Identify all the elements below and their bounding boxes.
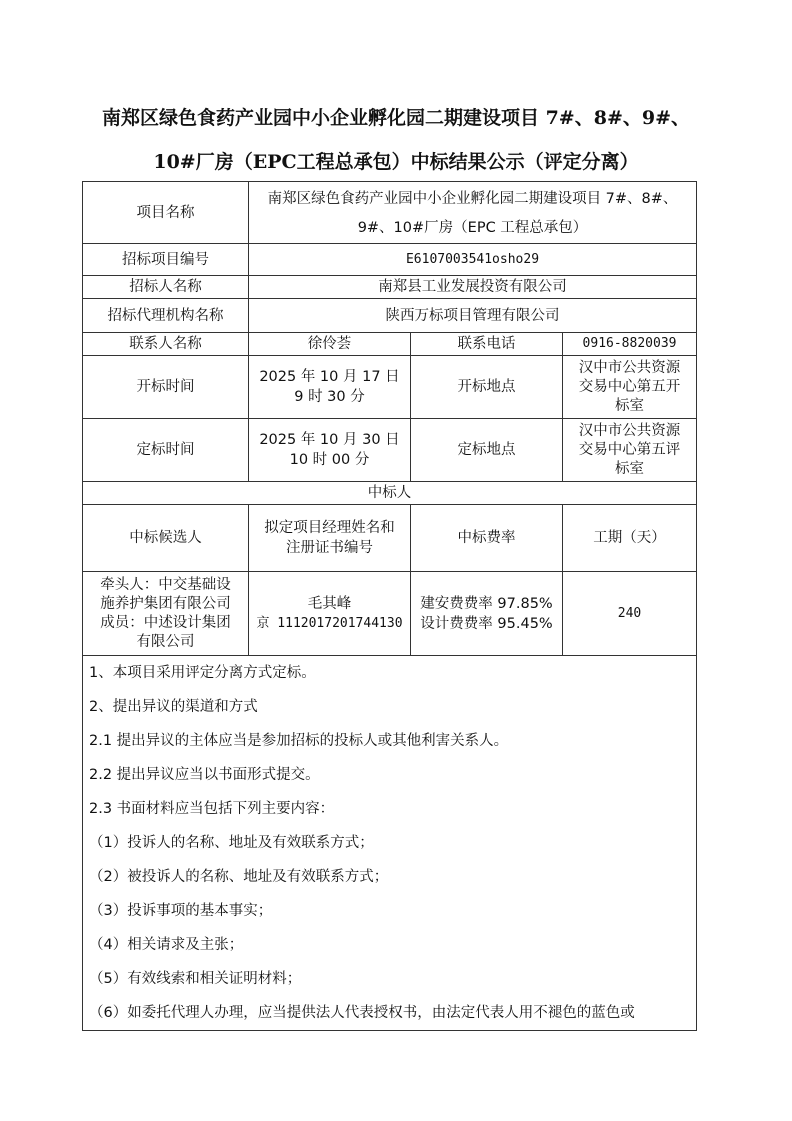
open-place-value: 汉中市公共资源 交易中心第五开 标室 [563,356,697,419]
header-manager-line-1: 拟定项目经理姓名和 [251,518,408,538]
decide-time-hour: 10 时 00 分 [251,450,408,470]
open-time-hour: 9 时 30 分 [251,387,408,407]
row-agency: 招标代理机构名称 陕西万标项目管理有限公司 [83,299,697,333]
candidate-line: 施养护集团有限公司 [85,595,246,614]
note-line: （1）投诉人的名称、地址及有效联系方式； [89,826,696,860]
document-title-line-2: 10#厂房（EPC工程总承包）中标结果公示（评定分离） [0,147,792,174]
tender-no-value: E6107003541osho29 [249,244,697,276]
note-line: （2）被投诉人的名称、地址及有效联系方式； [89,860,696,894]
note-line: （3）投诉事项的基本事实； [89,894,696,928]
document-title-line-1: 南郑区绿色食药产业园中小企业孵化园二期建设项目 7#、8#、9#、 [0,103,792,130]
contact-value: 徐伶荟 [249,333,411,356]
tenderer-label: 招标人名称 [83,276,249,299]
header-duration: 工期（天） [563,505,697,572]
candidate-line: 成员：中述设计集团 [85,614,246,633]
project-name-value: 南郑区绿色食药产业园中小企业孵化园二期建设项目 7#、8#、 9#、10#厂房（… [249,182,697,244]
decide-place-label: 定标地点 [411,419,563,482]
header-manager-line-2: 注册证书编号 [251,538,408,558]
rate-design: 设计费费率 95.45% [413,614,560,634]
open-time-date: 2025 年 10 月 17 日 [251,367,408,387]
winner-candidate: 牵头人：中交基础设 施养护集团有限公司 成员：中述设计集团 有限公司 [83,572,249,656]
header-rate: 中标费率 [411,505,563,572]
winner-manager: 毛其峰 京 1112017201744130 [249,572,411,656]
manager-cert-no: 京 1112017201744130 [251,614,408,634]
rate-construction: 建安费费率 97.85% [413,594,560,614]
note-line: 1、本项目采用评定分离方式定标。 [89,656,696,690]
note-line: 2.2 提出异议应当以书面形式提交。 [89,758,696,792]
row-winner-headers: 中标候选人 拟定项目经理姓名和 注册证书编号 中标费率 工期（天） [83,505,697,572]
manager-name: 毛其峰 [251,594,408,614]
open-time-label: 开标时间 [83,356,249,419]
open-place-label: 开标地点 [411,356,563,419]
decide-place-line: 交易中心第五评 [565,441,694,460]
decide-place-value: 汉中市公共资源 交易中心第五评 标室 [563,419,697,482]
row-tender-no: 招标项目编号 E6107003541osho29 [83,244,697,276]
phone-label: 联系电话 [411,333,563,356]
note-line: （5）有效线索和相关证明材料； [89,962,696,996]
row-winner: 牵头人：中交基础设 施养护集团有限公司 成员：中述设计集团 有限公司 毛其峰 京… [83,572,697,656]
note-line: （4）相关请求及主张； [89,928,696,962]
header-candidate: 中标候选人 [83,505,249,572]
candidate-line: 牵头人：中交基础设 [85,576,246,595]
row-project-name: 项目名称 南郑区绿色食药产业园中小企业孵化园二期建设项目 7#、8#、 9#、1… [83,182,697,244]
project-name-line-2: 9#、10#厂房（EPC 工程总承包） [251,214,694,242]
agency-label: 招标代理机构名称 [83,299,249,333]
note-line: 2.1 提出异议的主体应当是参加招标的投标人或其他利害关系人。 [89,724,696,758]
decide-time-date: 2025 年 10 月 30 日 [251,430,408,450]
phone-value: 0916-8820039 [563,333,697,356]
note-line: （6）如委托代理人办理，应当提供法人代表授权书，由法定代表人用不褪色的蓝色或 [89,996,696,1030]
project-name-label: 项目名称 [83,182,249,244]
note-line: 2、提出异议的渠道和方式 [89,690,696,724]
header-manager: 拟定项目经理姓名和 注册证书编号 [249,505,411,572]
open-place-line: 标室 [565,397,694,416]
winner-duration: 240 [563,572,697,656]
row-open-time: 开标时间 2025 年 10 月 17 日 9 时 30 分 开标地点 汉中市公… [83,356,697,419]
winner-section-label: 中标人 [83,482,697,505]
decide-place-line: 标室 [565,460,694,479]
row-contact: 联系人名称 徐伶荟 联系电话 0916-8820039 [83,333,697,356]
row-notes: 1、本项目采用评定分离方式定标。 2、提出异议的渠道和方式 2.1 提出异议的主… [83,656,697,1031]
row-tenderer: 招标人名称 南郑县工业发展投资有限公司 [83,276,697,299]
tenderer-value: 南郑县工业发展投资有限公司 [249,276,697,299]
contact-label: 联系人名称 [83,333,249,356]
note-line: 2.3 书面材料应当包括下列主要内容： [89,792,696,826]
winner-rate: 建安费费率 97.85% 设计费费率 95.45% [411,572,563,656]
agency-value: 陕西万标项目管理有限公司 [249,299,697,333]
row-winner-section: 中标人 [83,482,697,505]
row-decide-time: 定标时间 2025 年 10 月 30 日 10 时 00 分 定标地点 汉中市… [83,419,697,482]
bid-result-table: 项目名称 南郑区绿色食药产业园中小企业孵化园二期建设项目 7#、8#、 9#、1… [82,181,697,1031]
decide-place-line: 汉中市公共资源 [565,422,694,441]
open-place-line: 交易中心第五开 [565,378,694,397]
candidate-line: 有限公司 [85,633,246,652]
open-time-value: 2025 年 10 月 17 日 9 时 30 分 [249,356,411,419]
notes-cell: 1、本项目采用评定分离方式定标。 2、提出异议的渠道和方式 2.1 提出异议的主… [83,656,697,1031]
project-name-line-1: 南郑区绿色食药产业园中小企业孵化园二期建设项目 7#、8#、 [251,184,694,214]
tender-no-label: 招标项目编号 [83,244,249,276]
decide-time-label: 定标时间 [83,419,249,482]
decide-time-value: 2025 年 10 月 30 日 10 时 00 分 [249,419,411,482]
open-place-line: 汉中市公共资源 [565,359,694,378]
